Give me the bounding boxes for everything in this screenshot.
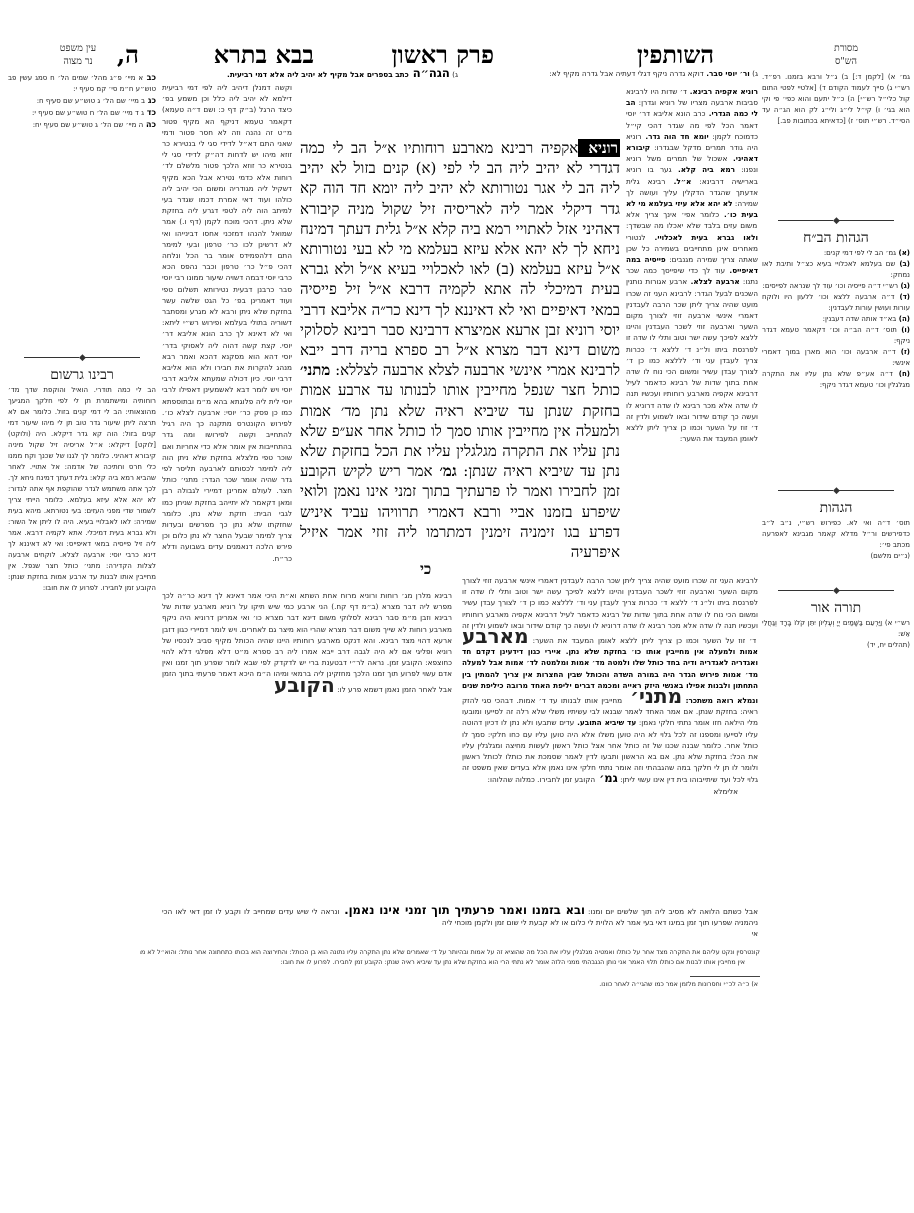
mishna-line: כותל חצר שנפל מחייבין אותו [436,381,620,399]
torah-or-title: תורה אור [762,603,910,614]
chapter-number: פרק ראשון [392,40,495,70]
bach-item-text: ד״ה ארבעה ללצא וכו׳ ללעון היו ולוקח עורו… [762,293,910,312]
bach-item-text: ד״ה ארבעה וכו׳ הוא מארן במוך דאמרי אינשי… [762,348,910,367]
torah-or-source: (תהלים יח, יד) [762,640,910,651]
ein-mishpat-item: כד ג ד מיי׳ שם הל׳ ח טוש״ע שם סעיף י: [8,107,156,119]
bach-item: (ג) רש״י ד״ה פייסיה וכו׳ עוד לך שנראה לפ… [762,281,910,292]
bach-item-label: (ג) [898,282,910,290]
footnote-line-1: קונטרסין ונקט עליהם את התקרה מצד אחר על … [140,948,760,958]
rashi-dibbur: ולאו גברא בעית לאכלויי. [646,233,758,242]
bach-item-text: שם בעלמא לאכלויי בעיא כצ״ל ותיבת לאו נמח… [762,260,910,279]
torah-or-text: רש״י א) וַיַּרְעֵם בַּשָּׁמַיִם יְיָ וְע… [762,618,910,640]
bach-item: (ח) ד״ה אע״פ שלא נתן עליו את התקרה מגלגל… [762,369,910,391]
marav-word: מארבע [462,624,529,648]
bach-item-text: בא״ד אותה שדה דעבנין: [823,315,897,323]
catchword: כי [420,560,431,579]
rashi-end-word: אלימלא [462,786,738,797]
tosafot-text-block: וקשה דמנלן דיהיב ליה לפי דמי רביעית דילמ… [162,82,292,582]
rabbeinu-gershom-title: רבינו גרשום [8,370,156,381]
rashi-column: רוניא אקפיה רבינא. ד׳ שדות היו לרבינא סב… [626,86,758,566]
bottom-text-1: אבל כשתם הלואה לא מסיב ליה תוך שלשים יום… [585,907,758,916]
ein-mishpat-item: כב א מיי׳ פ״ג מהל׳ שמים הל׳ ח סמג עשין פ… [8,72,156,95]
ein-label-line1: עין משפט [48,42,108,55]
masoret-label-line2: הש"ס [816,55,876,68]
main-line: ניחא לך לא יהא אלא עיזא בעלמא מי לא [372,240,620,258]
ornament-divider: ◆ [8,353,156,364]
bach-item-text: ד״ה אע״פ שלא נתן עליו את התקרה מגלגלין ו… [762,370,910,389]
main-line: לאתויי רמא ביה קלא א״ל גלית דעתך דמינח [300,220,553,238]
opening-word: רוניא [578,139,620,157]
main-line: אקפיה רבינא מארבע רוחותיו א״ל הב לי [325,139,578,157]
footnote-rule [690,976,760,977]
ein-item-text: ב מיי׳ שם הל׳ ג טוש״ע שם סעיף ח: [37,97,145,105]
rashi-ref: ג) [750,69,758,78]
bottom-wide-block: אבל כשתם הלואה לא מסיב ליה תוך שלשים יום… [162,905,758,945]
masoret-label-line1: מסורת [816,42,876,55]
mishna-line: נתן עליו את התקרה מגלגלין עליו את הכל [370,442,620,460]
rashi-lead: דוקא גדרה ניקף דגלי דעתיה אבל גדרה מקיף … [549,69,703,78]
bach-item: (ד) ד״ה ארבעה ללצא וכו׳ ללעון היו ולוקח … [762,292,910,314]
bach-item: (ו) תוס׳ ד״ה הב״ה וכו׳ דקאמר טעמא דגדר נ… [762,325,910,347]
gemara-label: גמ׳ [433,462,457,480]
bach-item-text: רש״י ד״ה פייסיה וכו׳ עוד לך שנראה לפייסי… [763,282,899,290]
mishna-label: מתני׳ [300,361,330,379]
tosafot-heading: הגה״ה [409,68,450,80]
ornament-divider: ◆ [762,216,910,227]
main-line: דאיפיים ואי לא דאיננא לך דינא כר״ה אליבא [326,301,586,319]
ein-mishpat-item: כה ה מיי׳ שם הל׳ ג טוש״ע שם סעיף יח: [8,119,156,131]
hagahot-habach-column: ◆ הגהות הב״ח (א) גמ׳ הב לי לפי דמי קנים:… [762,208,910,478]
bach-item-label: (ה) [896,315,910,323]
ornament-divider: ◆ [762,586,910,597]
bach-item-label: (ו) [897,326,910,334]
gemara-line: ואמר לו פרעתיך בתוך זמני אינו נאמן [328,482,553,500]
gemara-main-column: רוניא אקפיה רבינא מארבע רוחותיו א״ל הב ל… [300,138,620,563]
rashi-dibbur: רמא ביה קלא. [672,165,735,174]
rashi-lower-block: לרבינא העני זה שכרו מועט שהיה צריך ליתן … [462,575,758,900]
bach-item-label: (ב) [895,260,910,268]
bach-item: (ה) בא״ד אותה שדה דעבנין: [762,314,910,325]
tosafot-lower-block: רבינא מלרן מג׳ רוחות ורוניא מרוח אחת השת… [162,590,452,900]
bach-item-text: גמ׳ הב לי לפי דמי קנים: [824,249,896,257]
rashi-continuation: לרבינא העני זה שכרו מועט שהיה צריך ליתן … [626,289,758,444]
ornament-divider: ◆ [762,486,910,497]
rashi-gemara-word: גמ׳ [595,771,618,785]
ein-item-text: א מיי׳ פ״ג מהל׳ שמים הל׳ ח סמג עשין פב ט… [8,74,156,93]
masoret-header-label: מסורת הש"ס [816,42,876,68]
chapter-name: השותפין [637,40,714,70]
main-line: אינשי ארבעה לצלא ארבעה לצללא: [330,361,542,379]
rashi-gemara-text: הקובע זמן לחבירו. כמלוה שהלוהו: [488,775,596,784]
ein-item-label: כג [145,96,156,105]
ein-mishpat-header-label: עין משפט נר מצוה [48,42,108,68]
bach-item-label: (ד) [894,293,910,301]
hagahot-source: (נ״ים מלשם) [762,551,910,562]
mishna-line: מחייבין אותו סמך לו כותל אחר אע״פ שלא [300,422,549,440]
rashi-heading: ור׳ יוסי סבר. [704,69,750,78]
footnote-line-2: אין מחייבין אותו לבנות אם כותלו תלוי האמ… [140,958,745,968]
rashi-segment: רוניא אקפיה רבינא. ד׳ שדות היו לרבינא סב… [626,87,758,107]
bach-item: (ז) ד״ה ארבעה וכו׳ הוא מארן במוך דאמרי א… [762,347,910,369]
bach-item-text: תוס׳ ד״ה הב״ה וכו׳ דקאמר טעמא דגדר ניקף: [762,326,910,345]
tosafot-text: וקשה דמנלן דיהיב ליה לפי דמי רביעית דילמ… [162,82,292,564]
tosafot-heading-cont: כתב בספרים אבל מקיף לא יהיב ליה אלא דמי … [227,70,409,79]
bach-item-label: (א) [896,249,910,257]
hagahot-habach-title: הגהות הב״ח [762,233,910,244]
rashi-mishna-word: מתני׳ [622,684,682,708]
ein-label-line2: נר מצוה [48,55,108,68]
tractate-name: בבא בתרא [214,40,314,70]
rashi-dibbur: רוניא אקפיה רבינא. [687,87,758,96]
bottom-bold: ובא בזמנו ואמר פרעתיך תוך זמני אינו נאמן… [339,905,584,917]
masoret-hashas-column: גמ׳ א) [לקמן ד:] ב) ג״ל ורבא בזמנו. רפ״ד… [762,72,910,202]
folio-number: ה, [117,40,139,70]
bach-item: (ב) שם בעלמא לאכלויי בעיא כצ״ל ותיבת לאו… [762,259,910,281]
ein-mishpat-column: כב א מיי׳ פ״ג מהל׳ שמים הל׳ ח סמג עשין פ… [8,72,156,332]
rashi-dibbur: ארבעה לצלא. [687,277,740,286]
ein-item-label: כב [143,73,156,82]
rashi-dibbur: א״ל. [665,177,691,186]
torah-or-column: ◆ תורה אור רש״י א) וַיַּרְעֵם בַּשָּׁמַי… [762,578,910,668]
hagahot-title: הגהות [762,503,910,514]
hagahot-text: תוס׳ ד״ה ואי לא. כפירוש רש״י, נ״ב ל״ב כד… [762,518,910,551]
bach-item-label: (ח) [893,370,910,378]
rabbeinu-gershom-column: ◆ רבינו גרשום הב לי כמה תודרי. הואיל והו… [8,345,156,955]
tosafot-lower-bold: הקובע [274,673,335,697]
bottom-end: אי [162,928,758,939]
tosafot-ref: ג) [450,70,458,79]
rashi-ad-word: עד שיביא התובע. [574,718,636,727]
ein-item-text: ג ד מיי׳ שם הל׳ ח טוש״ע שם סעיף י: [32,109,144,117]
bach-item: (א) גמ׳ הב לי לפי דמי קנים: [762,248,910,259]
ein-item-label: כה [143,120,156,129]
hagahot-column: ◆ הגהות תוס׳ ד״ה ואי לא. כפירוש רש״י, נ״… [762,478,910,573]
footnote-bottom: א) כ״ה לכ״י וחסרונות מלזמן אמר כמו שהגי״… [358,980,758,990]
ein-mishpat-item: כג ב מיי׳ שם הל׳ ג טוש״ע שם סעיף ח: [8,95,156,107]
ein-item-label: כד [144,108,156,117]
masoret-text: גמ׳ א) [לקמן ד:] ב) ג״ל ורבא בזמנו. רפ״ד… [762,72,910,127]
rashi-dibbur: יומא חד הוה גדר. [642,132,709,141]
bach-item-label: (ז) [896,348,910,356]
ein-item-text: ה מיי׳ שם הל׳ ג טוש״ע שם סעיף יח: [33,121,144,129]
rabbeinu-gershom-text: הב לי כמה תודרי. הואיל והוקפת שדך מד׳ רו… [8,385,156,594]
